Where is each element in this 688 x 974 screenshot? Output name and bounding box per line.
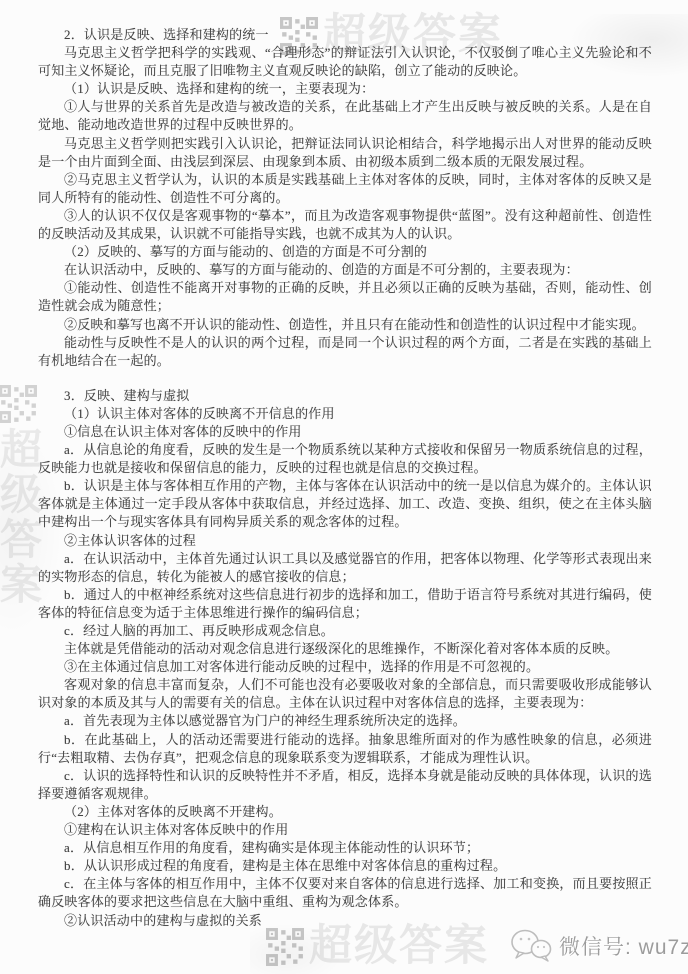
watermark-text: 超级答案 [309,925,489,968]
paragraph: b．通过人的中枢神经系统对这些信息进行初步的选择和加工，借助于语言符号系统对其进… [38,586,652,622]
paragraph: 能动性与反映性不是人的认识的两个过程，而是同一个认识过程的两个方面，二者是在实践… [38,334,652,370]
paragraph: ①能动性、创造性不能离开对事物的正确的反映，并且必须以正确的反映为基础，否则，能… [38,279,652,315]
scan-artifact [250,925,340,974]
paragraph: ②反映和摹写也离不开认识的能动性、创造性，并且只有在能动性和创造性的认识过程中才… [38,316,652,334]
document-page: 超级答案 超级答案 2． [0,0,688,974]
paragraph: a．从信息相互作用的角度看，建构确实是体现主体能动性的认识环节； [38,839,652,857]
paragraph: ②主体认识客体的过程 [38,532,652,550]
paragraph: ②认识活动中的建构与虚拟的关系 [38,912,652,930]
paragraph: 马克思主义哲学则把实践引入认识论，把辩证法同认识论相结合，科学地揭示出人对世界的… [38,135,652,171]
document-content: 2．认识是反映、选择和建构的统一 马克思主义哲学把科学的实践观、“合理形态”的辩… [38,26,652,930]
paragraph: b．认识是主体与客体相互作用的产物，主体与客体在认识活动中的统一是以信息为媒介的… [38,477,652,531]
wechat-logo-icon [510,928,552,964]
paragraph: 在认识活动中，反映的、摹写的方面与能动的、创造的方面是不可分割的，主要表现为： [38,261,652,279]
paragraph: c．认识的选择特性和认识的反映特性并不矛盾，相反，选择本身就是能动反映的具体体现… [38,767,652,803]
paragraph: （2）主体对客体的反映离不开建构。 [38,803,652,821]
paragraph: ③在主体通过信息加工对客体进行能动反映的过程中，选择的作用是不可忽视的。 [38,658,652,676]
paragraph: （1）认识是反映、选择和建构的统一，主要表现为： [38,80,652,98]
paragraph: a．在认识活动中，主体首先通过认识工具以及感觉器官的作用，把客体以物理、化学等形… [38,550,652,586]
watermark-bottom: 超级答案 [266,925,489,968]
paragraph: （2）反映的、摹写的方面与能动的、创造的方面是不可分割的 [38,243,652,261]
paragraph: c．在主体与客体的相互作用中，主体不仅要对来自客体的信息进行选择、加工和变换，而… [38,875,652,911]
paragraph: ③人的认识不仅仅是客观事物的“摹本”，而且为改造客观事物提供“蓝图”。没有这种超… [38,207,652,243]
paragraph: ①人与世界的关系首先是改造与被改造的关系，在此基础上才产生出反映与被反映的关系。… [38,98,652,134]
wechat-contact: 微信号: wu7zhi [510,928,688,964]
paragraph: a．从信息论的角度看，反映的发生是一个物质系统以某种方式接收和保留另一物质系统信… [38,441,652,477]
paragraph: ②马克思主义哲学认为，认识的本质是实践基础上主体对客体的反映，同时，主体对客体的… [38,171,652,207]
paragraph: b．从认识形成过程的角度看，建构是主体在思维中对客体信息的重构过程。 [38,857,652,875]
paragraph: a．首先表现为主体以感觉器官为门户的神经生理系统所决定的选择。 [38,712,652,730]
paragraph: b．在此基础上，人的活动还需要进行能动的选择。抽象思维所面对的作为感性映象的信息… [38,731,652,767]
section-heading: 3．反映、建构与虚拟 [38,387,652,405]
paragraph: （1）认识主体对客体的反映离不开信息的作用 [38,405,652,423]
paragraph: c．经过人脑的再加工、再反映形成观念信息。 [38,622,652,640]
qr-code-icon [266,927,304,967]
section-heading: 2．认识是反映、选择和建构的统一 [38,26,652,44]
paragraph: ①建构在认识主体对客体反映中的作用 [38,821,652,839]
qr-code-icon [0,384,37,424]
paragraph: 马克思主义哲学把科学的实践观、“合理形态”的辩证法引入认识论，不仅驳倒了唯心主义… [38,44,652,80]
paragraph: ①信息在认识主体对客体的反映中的作用 [38,423,652,441]
wechat-id-label: 微信号: wu7zhi [559,931,688,961]
watermark-text: 超级答案 [0,427,39,607]
paragraph: 主体就是凭借能动的活动对观念信息进行逐级深化的思维操作，不断深化着对客体本质的反… [38,640,652,658]
paragraph: 客观对象的信息丰富而复杂，人们不可能也没有必要吸收对象的全部信息，而只需要吸收形… [38,676,652,712]
